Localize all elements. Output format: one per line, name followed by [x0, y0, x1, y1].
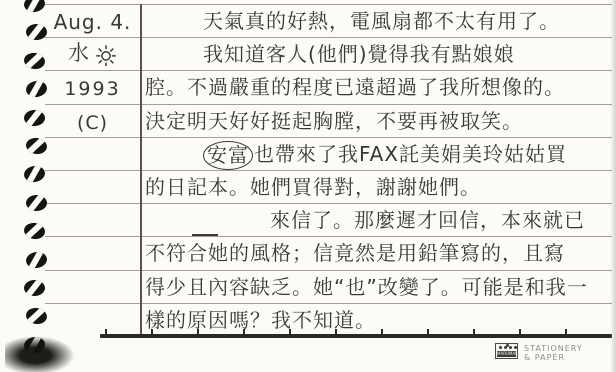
brand-logo-text: MARUMAN [497, 351, 516, 357]
diary-line: 腔。不過嚴重的程度已遠超過了我所想像的。 [145, 70, 612, 103]
binder-hole [23, 51, 46, 70]
ruler-tick [381, 329, 383, 334]
brand-logo-box: MARUMAN [495, 343, 518, 359]
brand-tagline-line2: & PAPER [524, 353, 583, 362]
diary-line-text: 也帶來了我FAX託美娟美玲姑姑買 [254, 139, 567, 170]
diary-line: 安富也帶來了我FAX託美娟美玲姑姑買 [145, 137, 616, 170]
margin-divider-line [140, 4, 142, 337]
binder-hole [26, 195, 47, 211]
redacted-name-blank [192, 210, 218, 236]
diary-line-text: 來信了。那麼遲才回信，本來就已 [270, 205, 585, 236]
margin-weekday: 水 [45, 37, 140, 70]
sun-icon [95, 44, 117, 66]
binder-hole [25, 250, 48, 269]
margin-date-text: Aug. 4. [54, 10, 132, 34]
ruler-tick [289, 329, 291, 334]
brand-tagline-line1: STATIONERY [524, 344, 583, 353]
ruler-tick [151, 329, 153, 334]
paper-edge-shadow [610, 0, 616, 372]
ruler-tick [243, 329, 245, 334]
diary-line-text: 樣的原因嗎？我不知道。 [145, 305, 376, 336]
margin-weekday-text: 水 [68, 37, 89, 67]
binder-hole [25, 307, 48, 326]
binder-hole [24, 280, 45, 296]
binder-hole [23, 165, 46, 184]
binder-hole [26, 24, 47, 40]
binder-hole [24, 110, 45, 126]
diary-line-text: 腔。不過嚴重的程度已遠超過了我所想像的。 [145, 72, 565, 103]
binder-hole [23, 222, 46, 241]
margin-date: Aug. 4. [45, 4, 140, 37]
ruler-tick [519, 329, 521, 334]
diary-line: 的日記本。她們買得對，謝謝她們。 [145, 170, 612, 203]
diary-page: Aug. 4. 水 1993 (C) 天氣真的好熱，電風扇都不太有用了。我知道客… [0, 0, 616, 372]
brand-tagline: STATIONERY & PAPER [524, 343, 583, 362]
diary-line: 得少且內容缺乏。她“也”改變了。可能是和我一 [145, 270, 612, 303]
diary-line-text: 我知道客人(他們)覺得我有點娘娘 [203, 39, 515, 70]
margin-grade-text: (C) [77, 112, 108, 134]
diary-line: 天氣真的好熱，電風扇都不太有用了。 [145, 4, 616, 37]
ruler-tick [427, 329, 429, 334]
binder-hole [25, 136, 48, 155]
binder-hole [23, 0, 46, 14]
diary-line: 決定明天好好挺起胸膛，不要再被取笑。 [145, 104, 612, 137]
diary-line: 不符合她的風格；信竟然是用鉛筆寫的，且寫 [145, 236, 612, 269]
ruler-tick [335, 329, 337, 334]
diary-line-text: 天氣真的好熱，電風扇都不太有用了。 [203, 6, 560, 37]
circled-name: 安富 [203, 141, 253, 170]
brand-logo: MARUMAN STATIONERY & PAPER [495, 343, 583, 362]
logo-figures-icon [499, 346, 502, 349]
ruler-tick [197, 329, 199, 334]
diary-line-text: 的日記本。她們買得對，謝謝她們。 [145, 172, 481, 203]
diary-line: 我知道客人(他們)覺得我有點娘娘 [145, 37, 616, 70]
diary-line: 樣的原因嗎？我不知道。 [145, 303, 612, 336]
margin-grade: (C) [45, 104, 140, 137]
diary-line: 來信了。那麼遲才回信，本來就已 [145, 203, 616, 236]
diary-line-text: 得少且內容缺乏。她“也”改變了。可能是和我一 [145, 272, 588, 303]
ruler-tick [105, 329, 107, 334]
diary-line-text: 決定明天好好挺起胸膛，不要再被取笑。 [145, 106, 523, 137]
margin-year-text: 1993 [64, 78, 120, 100]
scan-corner-smudge [5, 335, 100, 372]
margin-year: 1993 [45, 70, 140, 103]
ruler-tick [565, 329, 567, 334]
ruler-tick [473, 329, 475, 334]
footer-rule [100, 334, 612, 338]
diary-line-text: 不符合她的風格；信竟然是用鉛筆寫的，且寫 [145, 238, 565, 269]
